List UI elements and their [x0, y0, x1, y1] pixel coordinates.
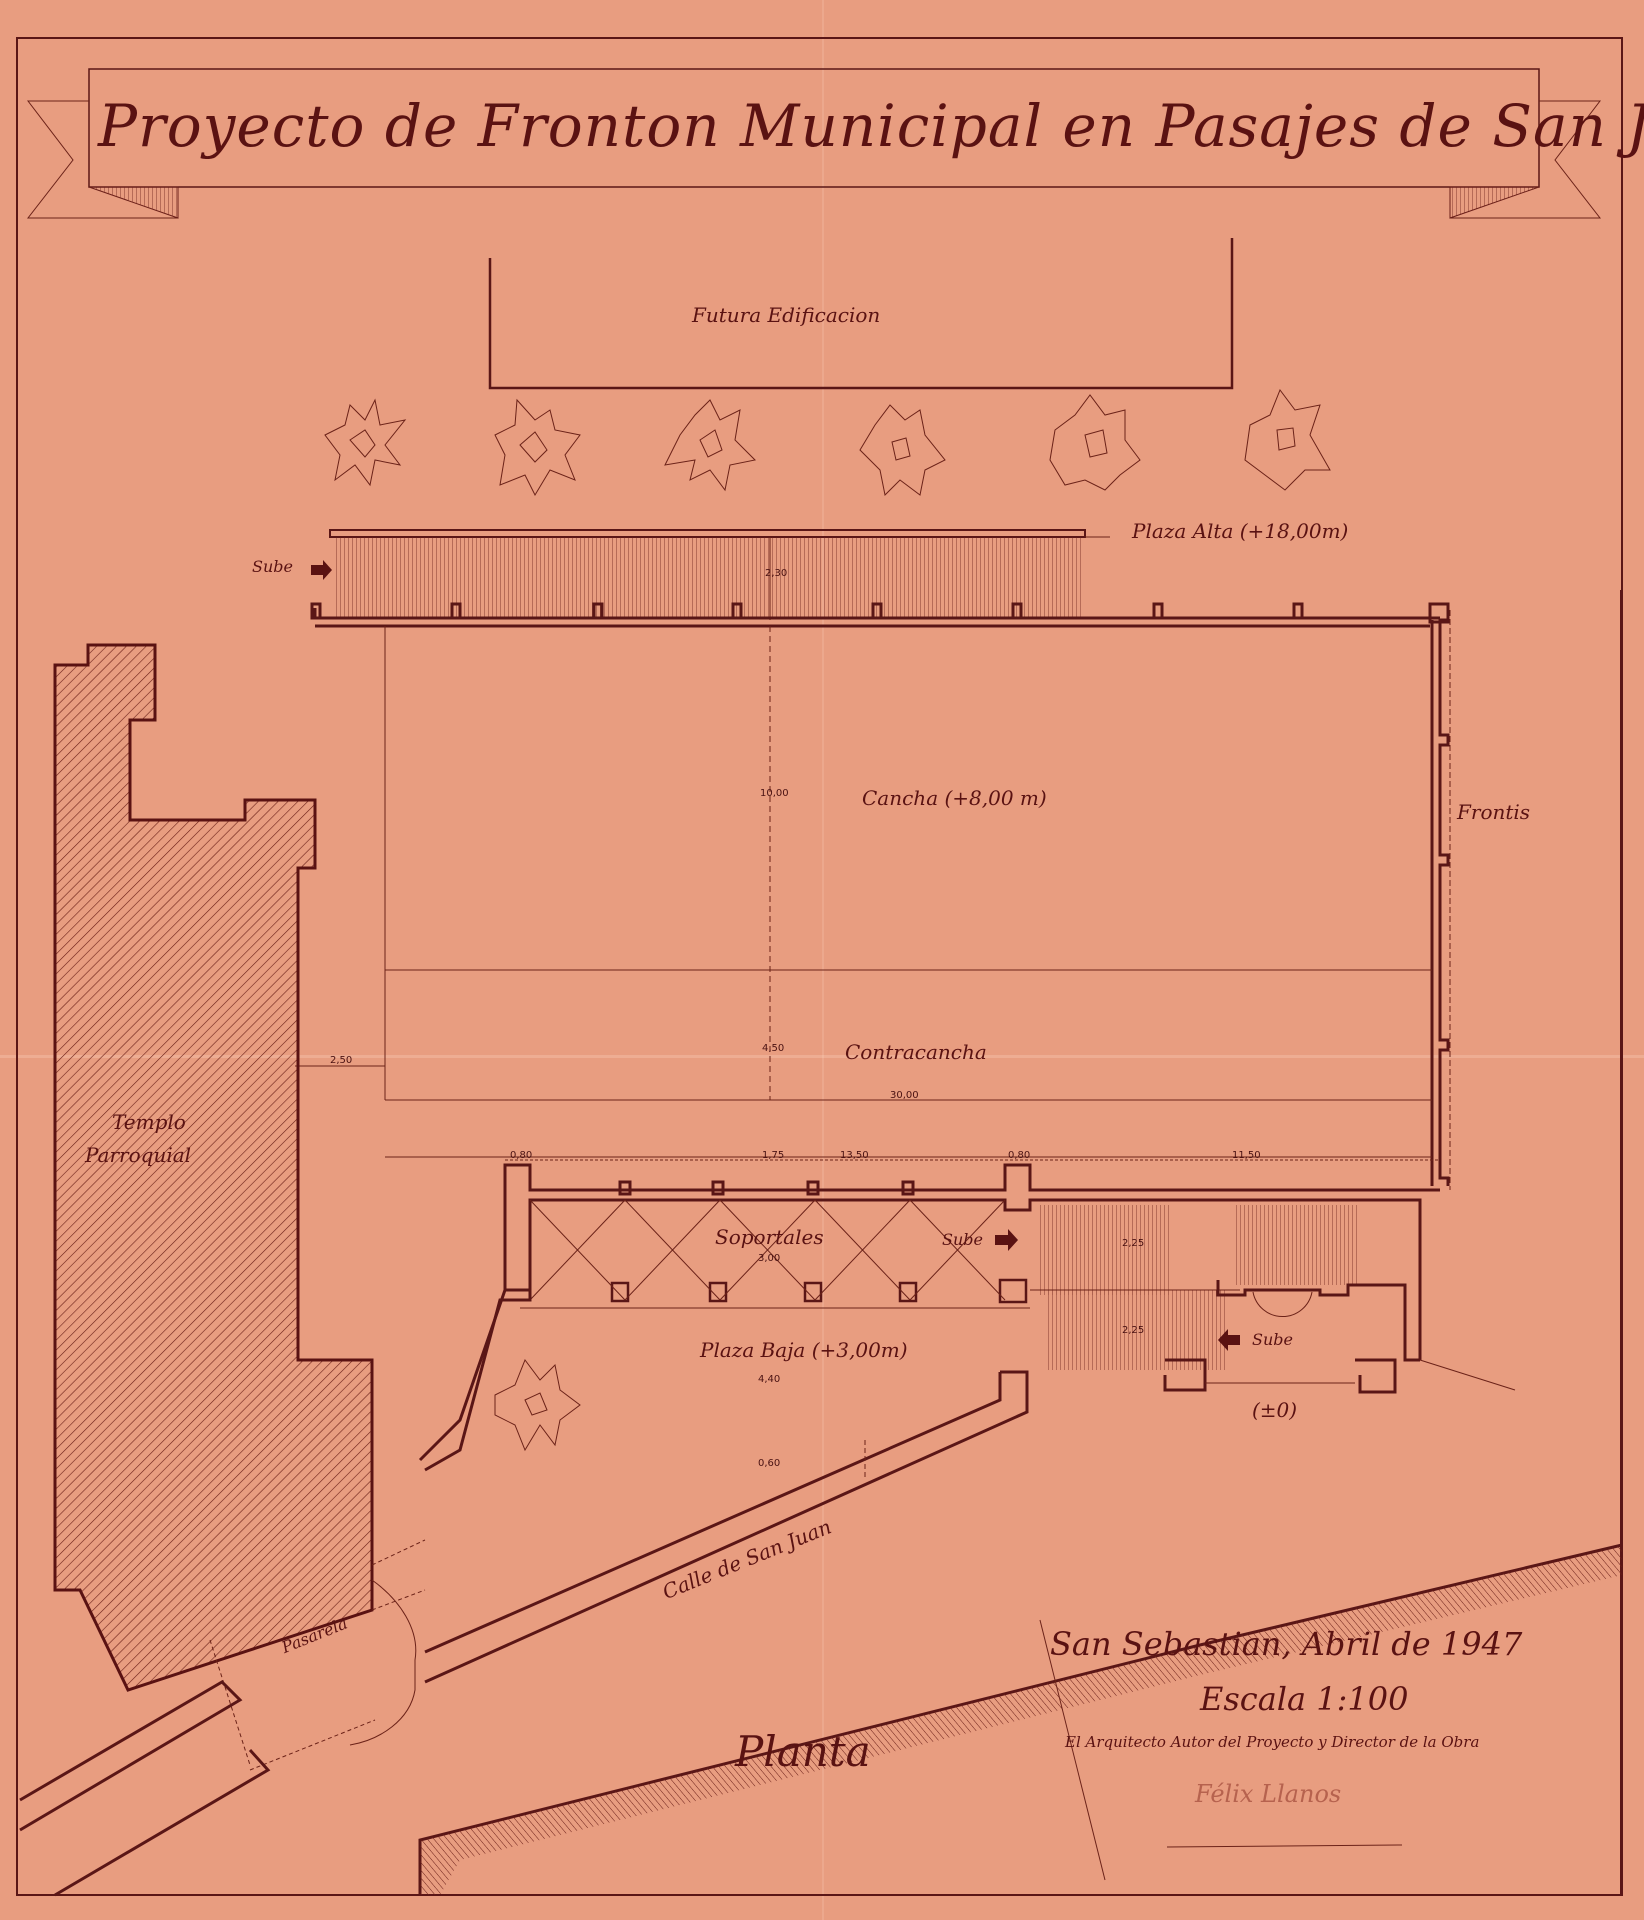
label-parroquial: Parroquial: [85, 1143, 191, 1167]
dim-10-00: 10,00: [760, 788, 789, 799]
dim-2-25-a: 2,25: [1122, 1238, 1144, 1249]
dim-30-00: 30,00: [890, 1090, 919, 1101]
label-nivel-cero: (±0): [1252, 1398, 1297, 1422]
dim-0-80-a: 0,80: [510, 1150, 532, 1161]
label-cancha: Cancha (+8,00 m): [862, 786, 1047, 810]
dim-3-00: 3,00: [758, 1253, 780, 1264]
tree-plaza-baja: [495, 1360, 580, 1450]
trees-row: [325, 390, 1330, 495]
place-date: San Sebastian, Abril de 1947: [1050, 1625, 1522, 1663]
label-soportales: Soportales: [715, 1225, 824, 1249]
dim-4-50: 4,50: [762, 1043, 784, 1054]
label-sube-soportales: Sube: [942, 1230, 983, 1249]
templo-parroquial: [55, 645, 372, 1690]
street-hatch: [420, 1545, 1622, 1895]
architect-signature: Félix Llanos: [1195, 1780, 1341, 1808]
label-sube-top: Sube: [252, 557, 293, 576]
arrow-sube-top-icon: [311, 560, 332, 580]
dim-0-60: 0,60: [758, 1458, 780, 1469]
lower-stairs: [1030, 1205, 1360, 1370]
arrow-sube-soportales-icon: [995, 1229, 1018, 1251]
dim-4-40: 4,40: [758, 1374, 780, 1385]
scale: Escala 1:100: [1200, 1680, 1408, 1718]
dim-11-50: 11,50: [1232, 1150, 1261, 1161]
label-futura-edificacion: Futura Edificacion: [692, 303, 880, 327]
signature-line: [1167, 1845, 1402, 1847]
frontis-wall: [1432, 610, 1450, 1190]
author-caption: El Arquitecto Autor del Proyecto y Direc…: [1065, 1733, 1479, 1751]
label-planta: Planta: [735, 1727, 871, 1776]
dim-2-25-b: 2,25: [1122, 1325, 1144, 1336]
dim-2-30: 2,30: [765, 568, 787, 579]
cancha-dimension-lines: [295, 626, 1440, 1160]
label-plaza-baja: Plaza Baja (+3,00m): [700, 1338, 908, 1362]
drawing-title: Proyecto de Fronton Municipal en Pasajes…: [98, 92, 1644, 160]
plaza-alta-stairs: [330, 530, 1110, 620]
dim-1-75: 1,75: [762, 1150, 784, 1161]
drawing-sheet: Proyecto de Fronton Municipal en Pasajes…: [0, 0, 1644, 1920]
label-contracancha: Contracancha: [845, 1040, 987, 1064]
dim-13-50: 13,50: [840, 1150, 869, 1161]
dim-0-80-b: 0,80: [1008, 1150, 1030, 1161]
dim-2-50: 2,50: [330, 1055, 352, 1066]
label-frontis: Frontis: [1457, 800, 1530, 824]
label-templo: Templo: [112, 1110, 186, 1134]
label-plaza-alta: Plaza Alta (+18,00m): [1132, 519, 1348, 543]
label-sube-right: Sube: [1252, 1330, 1293, 1349]
